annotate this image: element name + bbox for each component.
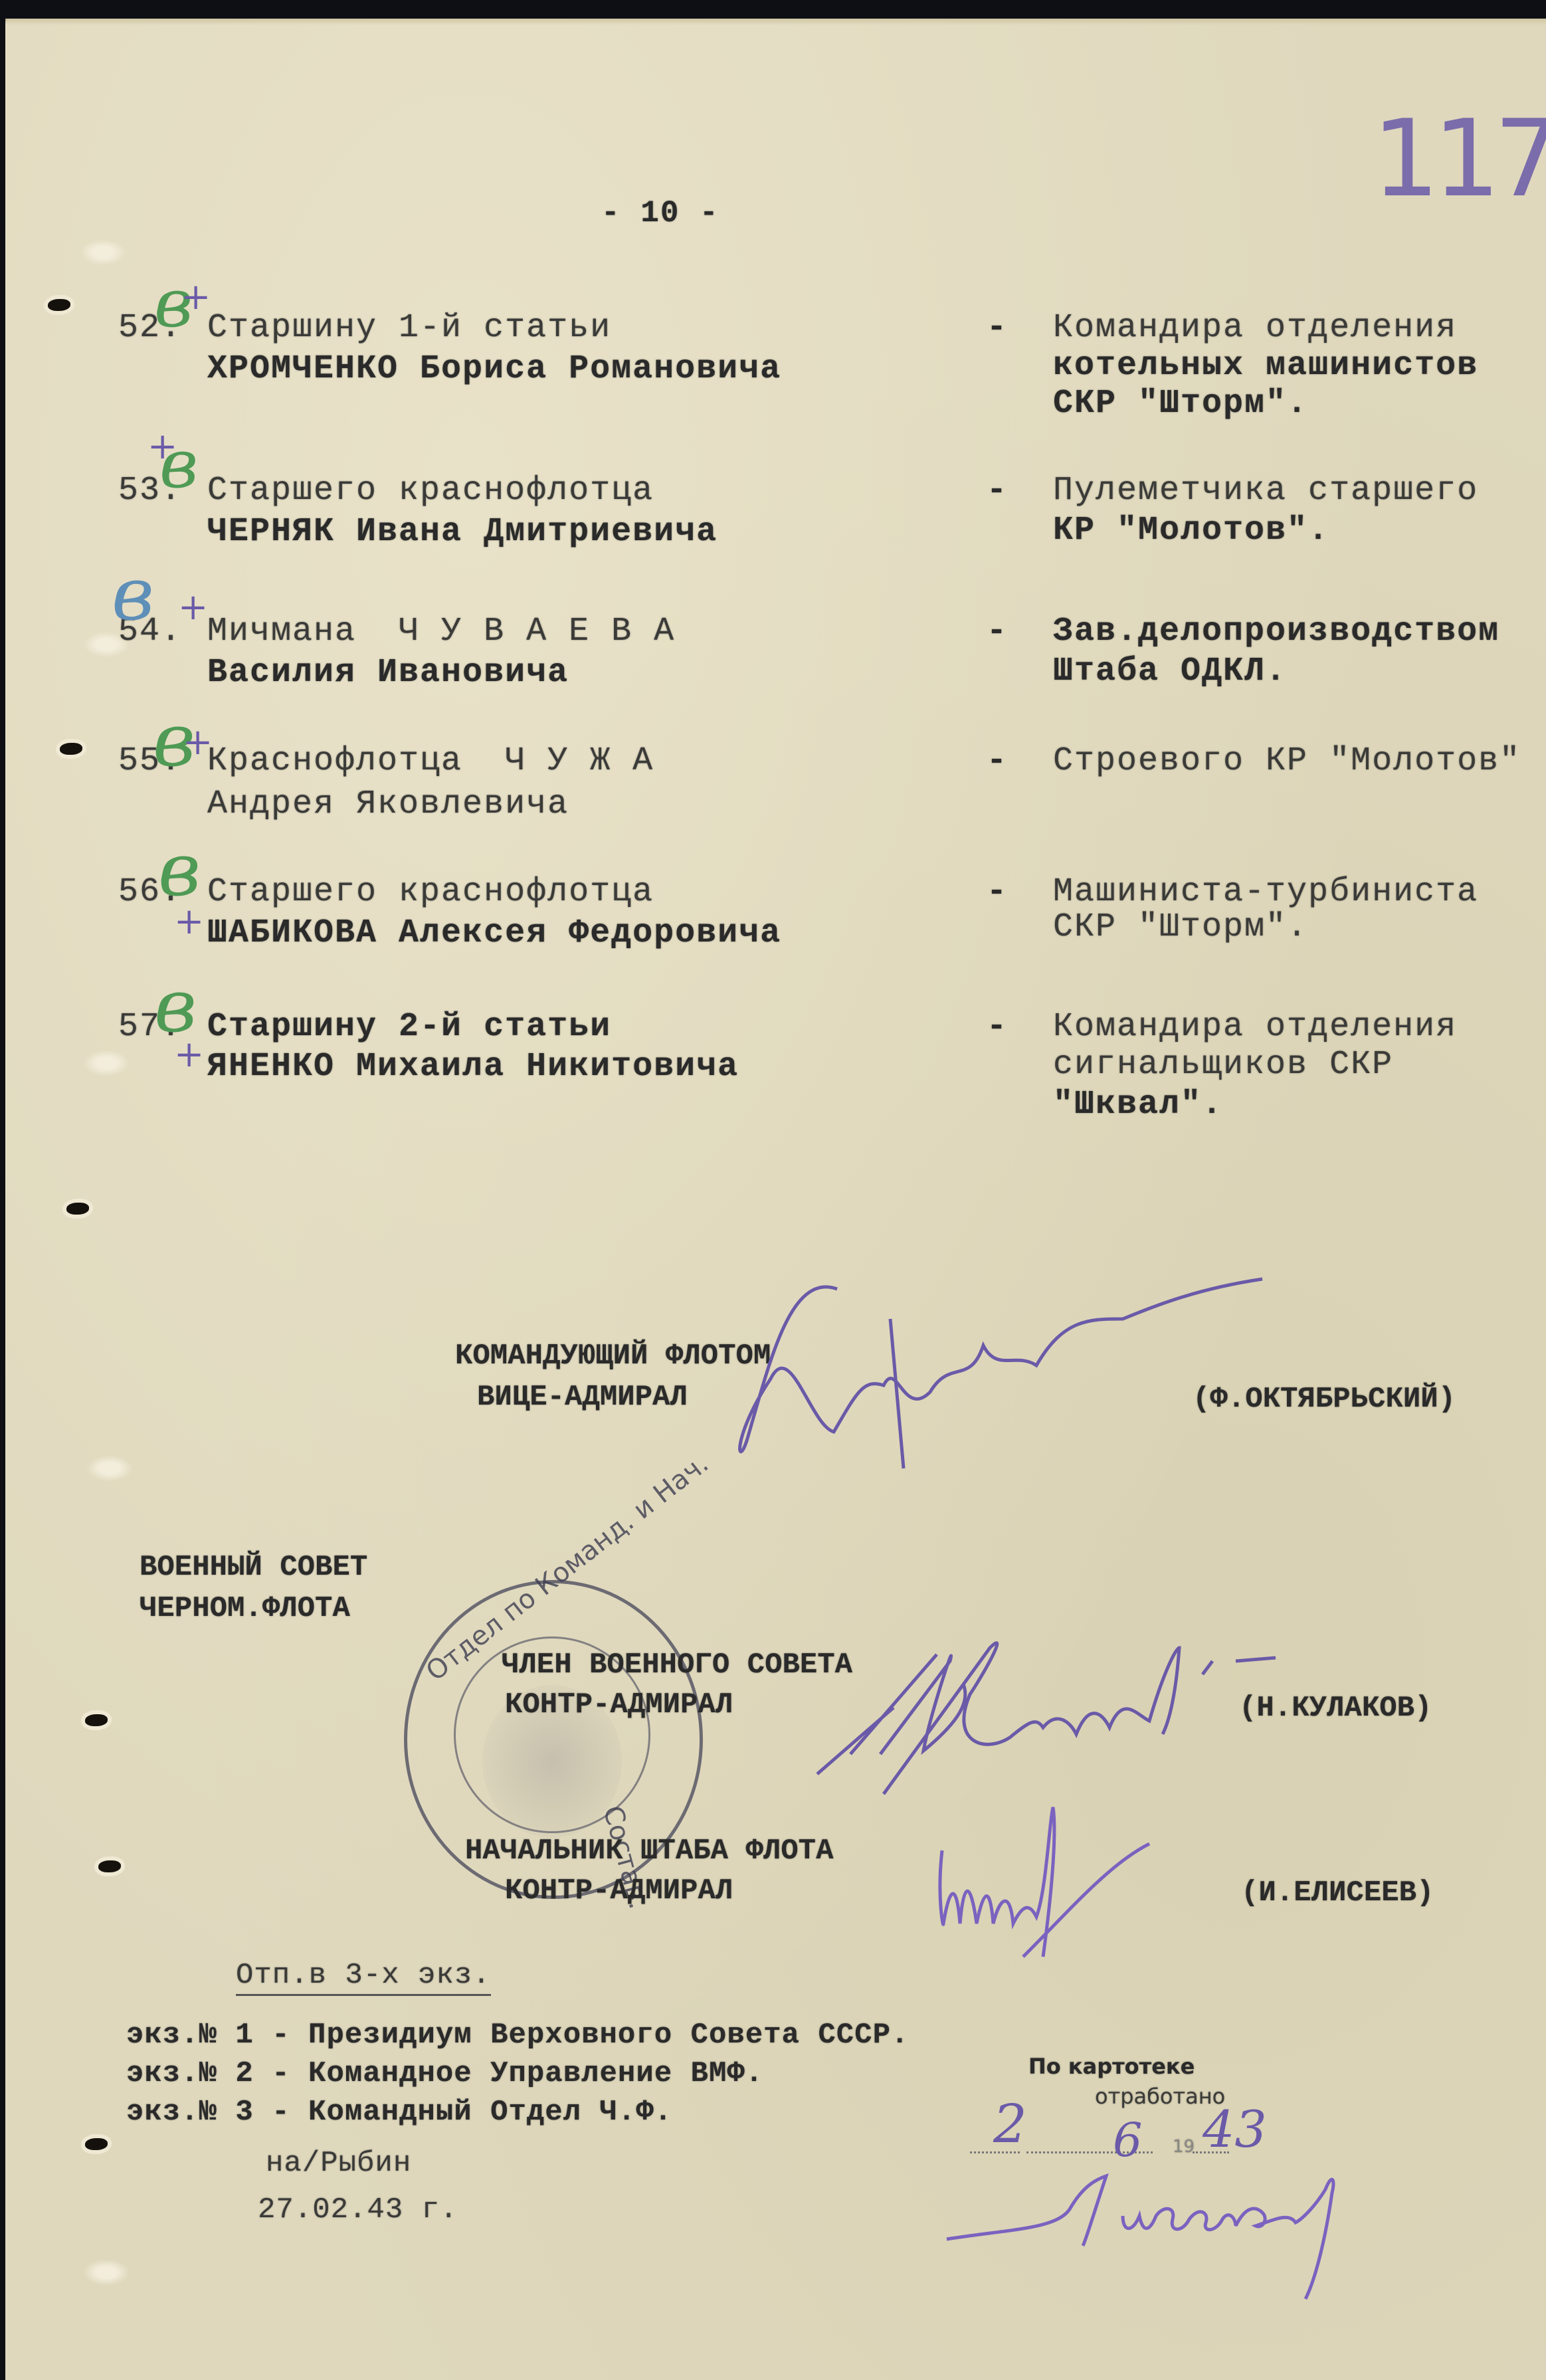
entry-check-mark: +	[178, 586, 208, 628]
date-day: 2	[993, 2093, 1027, 2155]
signature-eliseev	[937, 1804, 1236, 1957]
council-fleet: ЧЕРНОМ.ФЛОТА	[140, 1588, 350, 1629]
date-year-prefix: 19	[1173, 2126, 1195, 2167]
entry-position-line: Пулеметчика старшего	[1053, 470, 1478, 512]
entry-dash: -	[987, 872, 1008, 913]
signatory-rank: КОНТР-АДМИРАЛ	[505, 1684, 733, 1726]
entry-position-line: СКР "Шторм".	[1053, 907, 1308, 948]
signature-oktyabrsky	[731, 1279, 1276, 1472]
distribution-copy: экз.№ 1 - Президиум Верховного Совета СС…	[126, 2015, 909, 2056]
entry-dash: -	[987, 308, 1008, 349]
paper-crease	[83, 2259, 130, 2286]
entry-name: ХРОМЧЕНКО Бориса Романовича	[207, 349, 781, 390]
signatory-title: НАЧАЛЬНИК ШТАБА ФЛОТА	[465, 1831, 834, 1872]
entry-mark-letter: в	[159, 425, 198, 503]
punch-hole	[60, 743, 82, 755]
page-number: - 10 -	[601, 193, 720, 234]
entry-rank: Старшину 2-й статьи	[207, 1007, 611, 1048]
entry-check-mark: +	[174, 900, 204, 942]
signatory-title: ЧЛЕН ВОЕННОГО СОВЕТА	[502, 1644, 852, 1686]
entry-position-line: Штаба ОДКЛ.	[1053, 651, 1287, 692]
signature-kulakov	[817, 1621, 1415, 1761]
entry-check-mark: +	[174, 1033, 204, 1075]
entry-name: ЧЕРНЯК Ивана Дмитриевича	[207, 512, 718, 553]
punch-hole	[85, 1714, 108, 1726]
paper-crease	[80, 239, 126, 266]
signatory-title: КОМАНДУЮЩИЙ ФЛОТОМ	[455, 1336, 771, 1377]
date-year: 43	[1203, 2100, 1267, 2159]
signatory-name: (И.ЕЛИСЕЕВ)	[1241, 1872, 1434, 1914]
date-month: 6	[1113, 2113, 1143, 2167]
entry-rank: Краснофлотца Ч У Ж А	[207, 741, 654, 782]
entry-dash: -	[987, 1007, 1008, 1048]
entry-position-line: СКР "Шторм".	[1053, 383, 1308, 425]
punch-hole	[98, 1860, 121, 1872]
signature-card-index-clerk	[943, 2166, 1408, 2352]
entry-position-line: Командира отделения	[1053, 1007, 1457, 1048]
entry-position-line: Зав.делопроизводством	[1053, 611, 1499, 652]
punch-hole	[85, 2138, 108, 2150]
distribution-copy: экз.№ 3 - Командный Отдел Ч.Ф.	[126, 2092, 672, 2133]
distribution-header: Отп.в 3-х экз.	[236, 1957, 491, 1996]
punch-hole	[48, 299, 70, 311]
distribution-copy: экз.№ 2 - Командное Управление ВМФ.	[126, 2053, 763, 2094]
entry-position-line: "Шквал".	[1053, 1084, 1223, 1126]
council-title: ВОЕННЫЙ СОВЕТ	[140, 1547, 367, 1588]
entry-check-mark: +	[181, 276, 211, 318]
entry-dash: -	[987, 741, 1008, 782]
folio-number: 117	[1372, 96, 1546, 221]
card-index-label: По картотеке	[1028, 2053, 1195, 2080]
entry-name: ЯНЕНКО Михаила Никитовича	[207, 1046, 739, 1088]
document-date: 27.02.43 г.	[258, 2189, 458, 2231]
entry-position-line: сигнальщиков СКР	[1053, 1044, 1393, 1086]
punch-hole	[66, 1203, 89, 1215]
entry-rank: Старшину 1-й статьи	[207, 308, 611, 349]
signatory-rank: ВИЦЕ-АДМИРАЛ	[477, 1377, 688, 1418]
entry-position-line: Командира отделения	[1053, 308, 1457, 349]
entry-position-line: котельных машинистов	[1053, 346, 1478, 387]
entry-dash: -	[987, 611, 1008, 652]
entry-name: Василия Ивановича	[207, 652, 569, 694]
entry-position-line: Строевого КР "Молотов"	[1053, 741, 1521, 782]
entry-rank: Старшего краснофлотца	[207, 872, 654, 913]
entry-mark-letter: в	[158, 827, 201, 912]
entry-rank: Старшего краснофлотца	[207, 470, 654, 512]
paper-crease	[83, 1050, 130, 1076]
paper-crease	[86, 1455, 133, 1482]
entry-dash: -	[987, 470, 1008, 512]
entry-rank: Мичмана Ч У В А Е В А	[207, 611, 675, 652]
typist-initials: на/Рыбин	[266, 2143, 411, 2184]
entry-name: ШАБИКОВА Алексея Федоровича	[207, 913, 781, 954]
entry-mark-letter: в	[112, 551, 154, 637]
entry-position-line: КР "Молотов".	[1053, 510, 1329, 551]
signatory-rank: КОНТР-АДМИРАЛ	[505, 1870, 733, 1912]
entry-name: Андрея Яковлевича	[207, 784, 569, 825]
